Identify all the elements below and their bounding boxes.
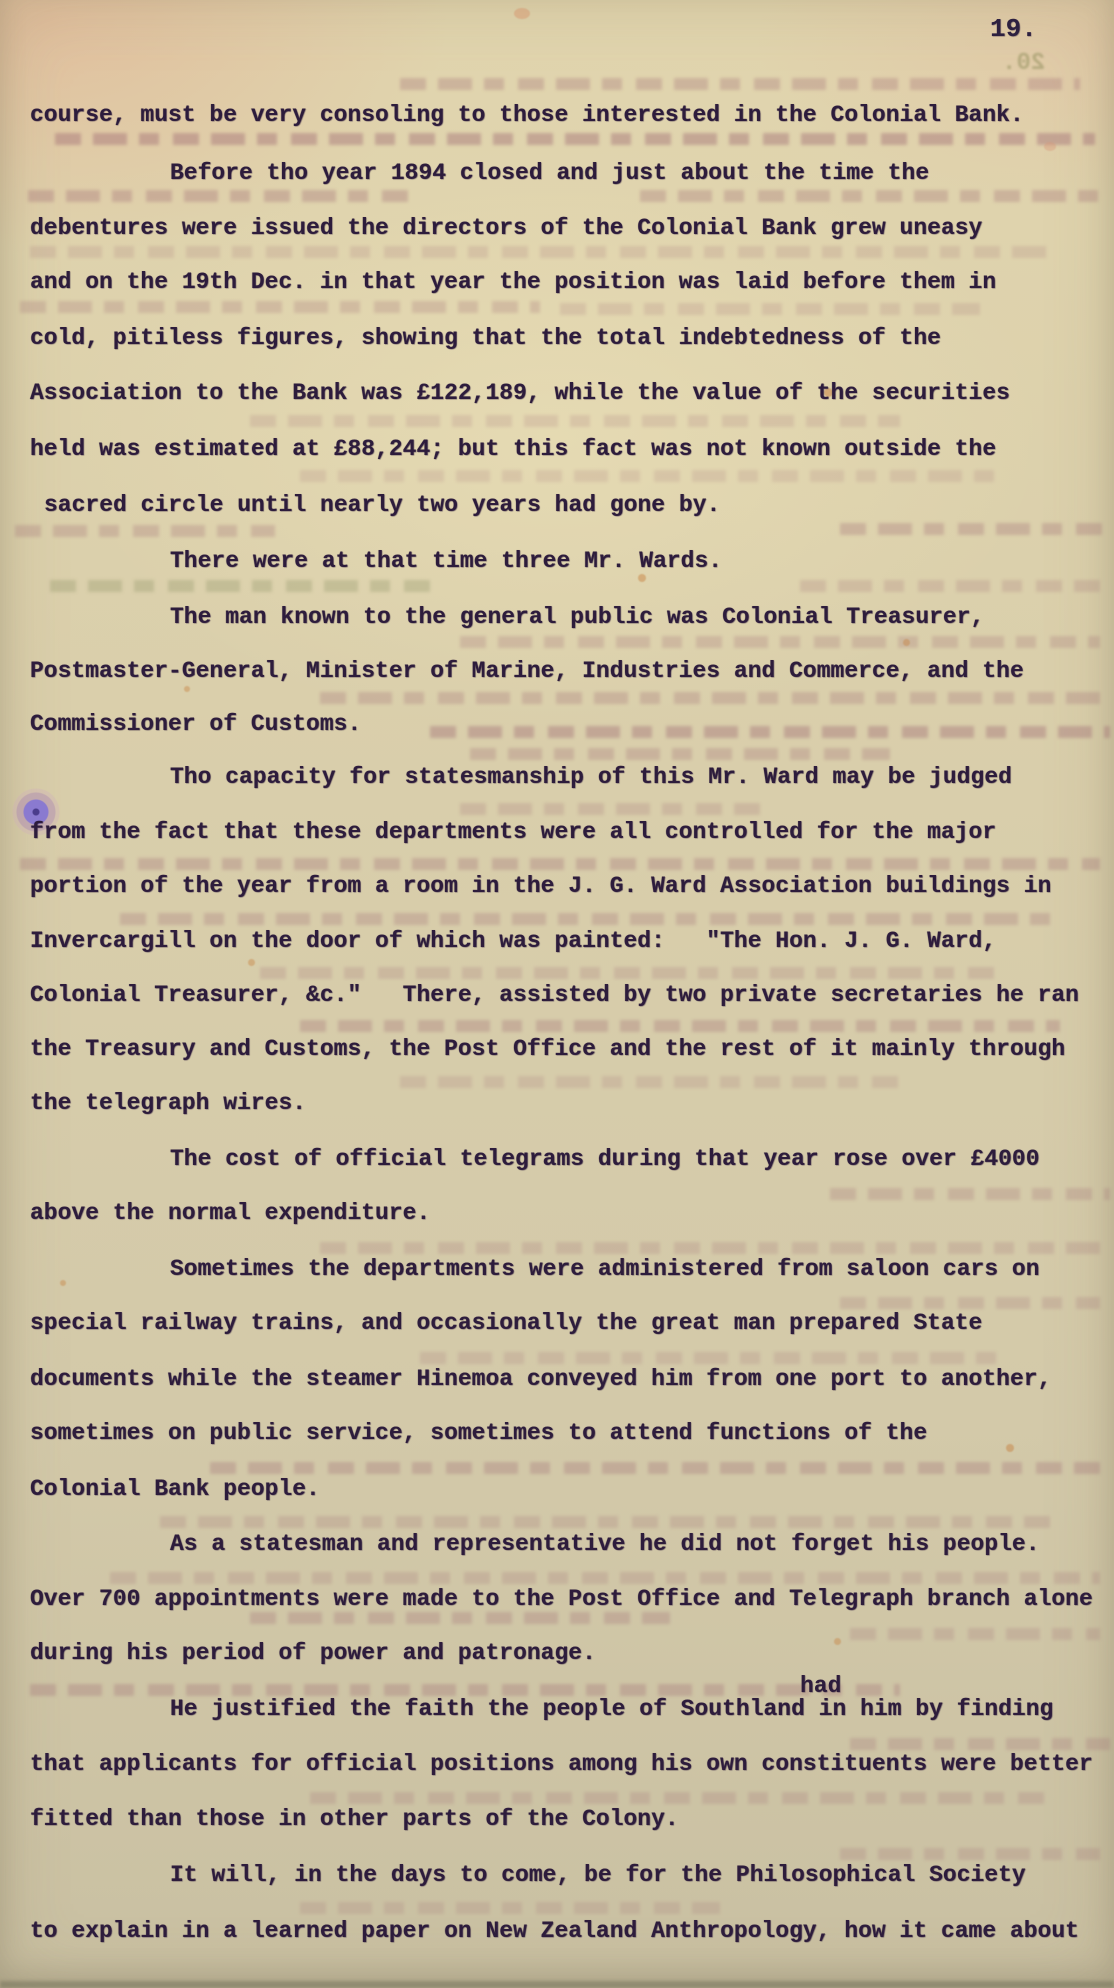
bleedthrough-mark: [840, 1848, 1100, 1860]
text-line: It will, in the days to come, be for the…: [170, 1862, 1026, 1888]
text-line: Colonial Treasurer, &c." There, assisted…: [30, 982, 1079, 1008]
bleedthrough-mark: [210, 1462, 1100, 1474]
text-line: Tho capacity for statesmanship of this M…: [170, 764, 1012, 790]
text-line: sacred circle until nearly two years had…: [44, 492, 720, 518]
text-line: that applicants for official positions a…: [30, 1751, 1093, 1777]
stain-spot: [1044, 142, 1056, 151]
text-line: fitted than those in other parts of the …: [30, 1806, 679, 1832]
text-line: sometimes on public service, sometimes t…: [30, 1420, 927, 1446]
bleedthrough-mark: [310, 1792, 1050, 1804]
bleedthrough-mark: [400, 1076, 900, 1088]
bleedthrough-mark: [850, 1738, 1110, 1750]
page-bottom-edge: [0, 1981, 1114, 1988]
bleedthrough-mark: [300, 1902, 720, 1914]
text-line: cold, pitiless figures, showing that the…: [30, 325, 941, 351]
text-line: Before tho year 1894 closed and just abo…: [170, 160, 929, 186]
bleedthrough-mark: [20, 858, 1100, 870]
text-line: debentures were issued the directors of …: [30, 215, 982, 241]
text-line: and on the 19th Dec. in that year the po…: [30, 269, 996, 295]
bleedthrough-mark: [250, 415, 900, 427]
text-line: during his period of power and patronage…: [30, 1640, 596, 1666]
stain-spot: [514, 8, 530, 19]
text-line: Over 700 appointments were made to the P…: [30, 1586, 1093, 1612]
stain-spot: [248, 959, 255, 966]
bleedthrough-mark: [470, 748, 890, 760]
bleedthrough-mark: [430, 726, 1110, 738]
page-number: 19.: [990, 14, 1037, 44]
text-line: Colonial Bank people.: [30, 1476, 320, 1502]
bleedthrough-mark: [120, 913, 1050, 925]
text-line: Postmaster-General, Minister of Marine, …: [30, 658, 1024, 684]
bleedthrough-mark: [460, 803, 760, 815]
text-line: The man known to the general public was …: [170, 604, 984, 630]
bleedthrough-mark: [28, 190, 418, 202]
stain-spot: [903, 639, 910, 646]
text-line: As a statesman and representative he did…: [170, 1531, 1040, 1557]
stain-spot: [1006, 1444, 1014, 1452]
bleedthrough-mark: [830, 1188, 1110, 1200]
bleedthrough-mark: [840, 1297, 1100, 1309]
bleedthrough-mark: [30, 246, 1050, 258]
text-line: the telegraph wires.: [30, 1090, 306, 1116]
bleedthrough-mark: [50, 580, 430, 592]
text-line: Invercargill on the door of which was pa…: [30, 928, 996, 954]
text-line: The cost of official telegrams during th…: [170, 1146, 1040, 1172]
text-line: He justified the faith the people of Sou…: [170, 1696, 1053, 1722]
stain-spot: [638, 574, 646, 582]
text-line: from the fact that these departments wer…: [30, 819, 996, 845]
text-line: to explain in a learned paper on New Zea…: [30, 1918, 1079, 1944]
manuscript-page: 19. 20. had course, must be very consoli…: [0, 0, 1114, 1988]
bleedthrough-mark: [800, 580, 1100, 592]
bleedthrough-mark: [460, 636, 1100, 648]
bleedthrough-mark: [320, 1242, 1100, 1254]
text-line: portion of the year from a room in the J…: [30, 873, 1051, 899]
stain-spot: [60, 1280, 66, 1286]
text-line: the Treasury and Customs, the Post Offic…: [30, 1036, 1065, 1062]
text-line: There were at that time three Mr. Wards.: [170, 548, 722, 574]
bleedthrough-mark: [320, 692, 1100, 704]
text-line: Sometimes the departments were administe…: [170, 1256, 1040, 1282]
bleedthrough-mark: [850, 1628, 1100, 1640]
bleedthrough-mark: [250, 1612, 670, 1624]
bleedthrough-mark: [400, 78, 1080, 90]
text-line: Commissioner of Customs.: [30, 711, 361, 737]
stain-spot: [184, 686, 190, 692]
text-line: held was estimated at £88,244; but this …: [30, 436, 996, 462]
bleedthrough-mark: [560, 303, 980, 315]
bleedthrough-mark: [160, 1516, 1050, 1528]
bleedthrough-mark: [30, 1684, 900, 1696]
bleedthrough-mark: [20, 301, 540, 313]
bleedthrough-mark: [300, 470, 1000, 482]
text-line: documents while the steamer Hinemoa conv…: [30, 1366, 1051, 1392]
bleedthrough-mark: [15, 525, 275, 537]
text-line: above the normal expenditure.: [30, 1200, 430, 1226]
text-line: Association to the Bank was £122,189, wh…: [30, 380, 1010, 406]
bleedthrough-mark: [840, 523, 1110, 535]
text-line: special railway trains, and occasionally…: [30, 1310, 982, 1336]
bleedthrough-mark: [55, 133, 1095, 145]
ghost-page-number: 20.: [1002, 50, 1045, 77]
bleedthrough-mark: [420, 1352, 1000, 1364]
bleedthrough-mark: [110, 1572, 1100, 1584]
text-line: course, must be very consoling to those …: [30, 102, 1024, 128]
stain-spot: [834, 1638, 841, 1645]
bleedthrough-mark: [300, 1020, 1060, 1032]
bleedthrough-mark: [640, 190, 1110, 202]
bleedthrough-mark: [260, 967, 1000, 979]
